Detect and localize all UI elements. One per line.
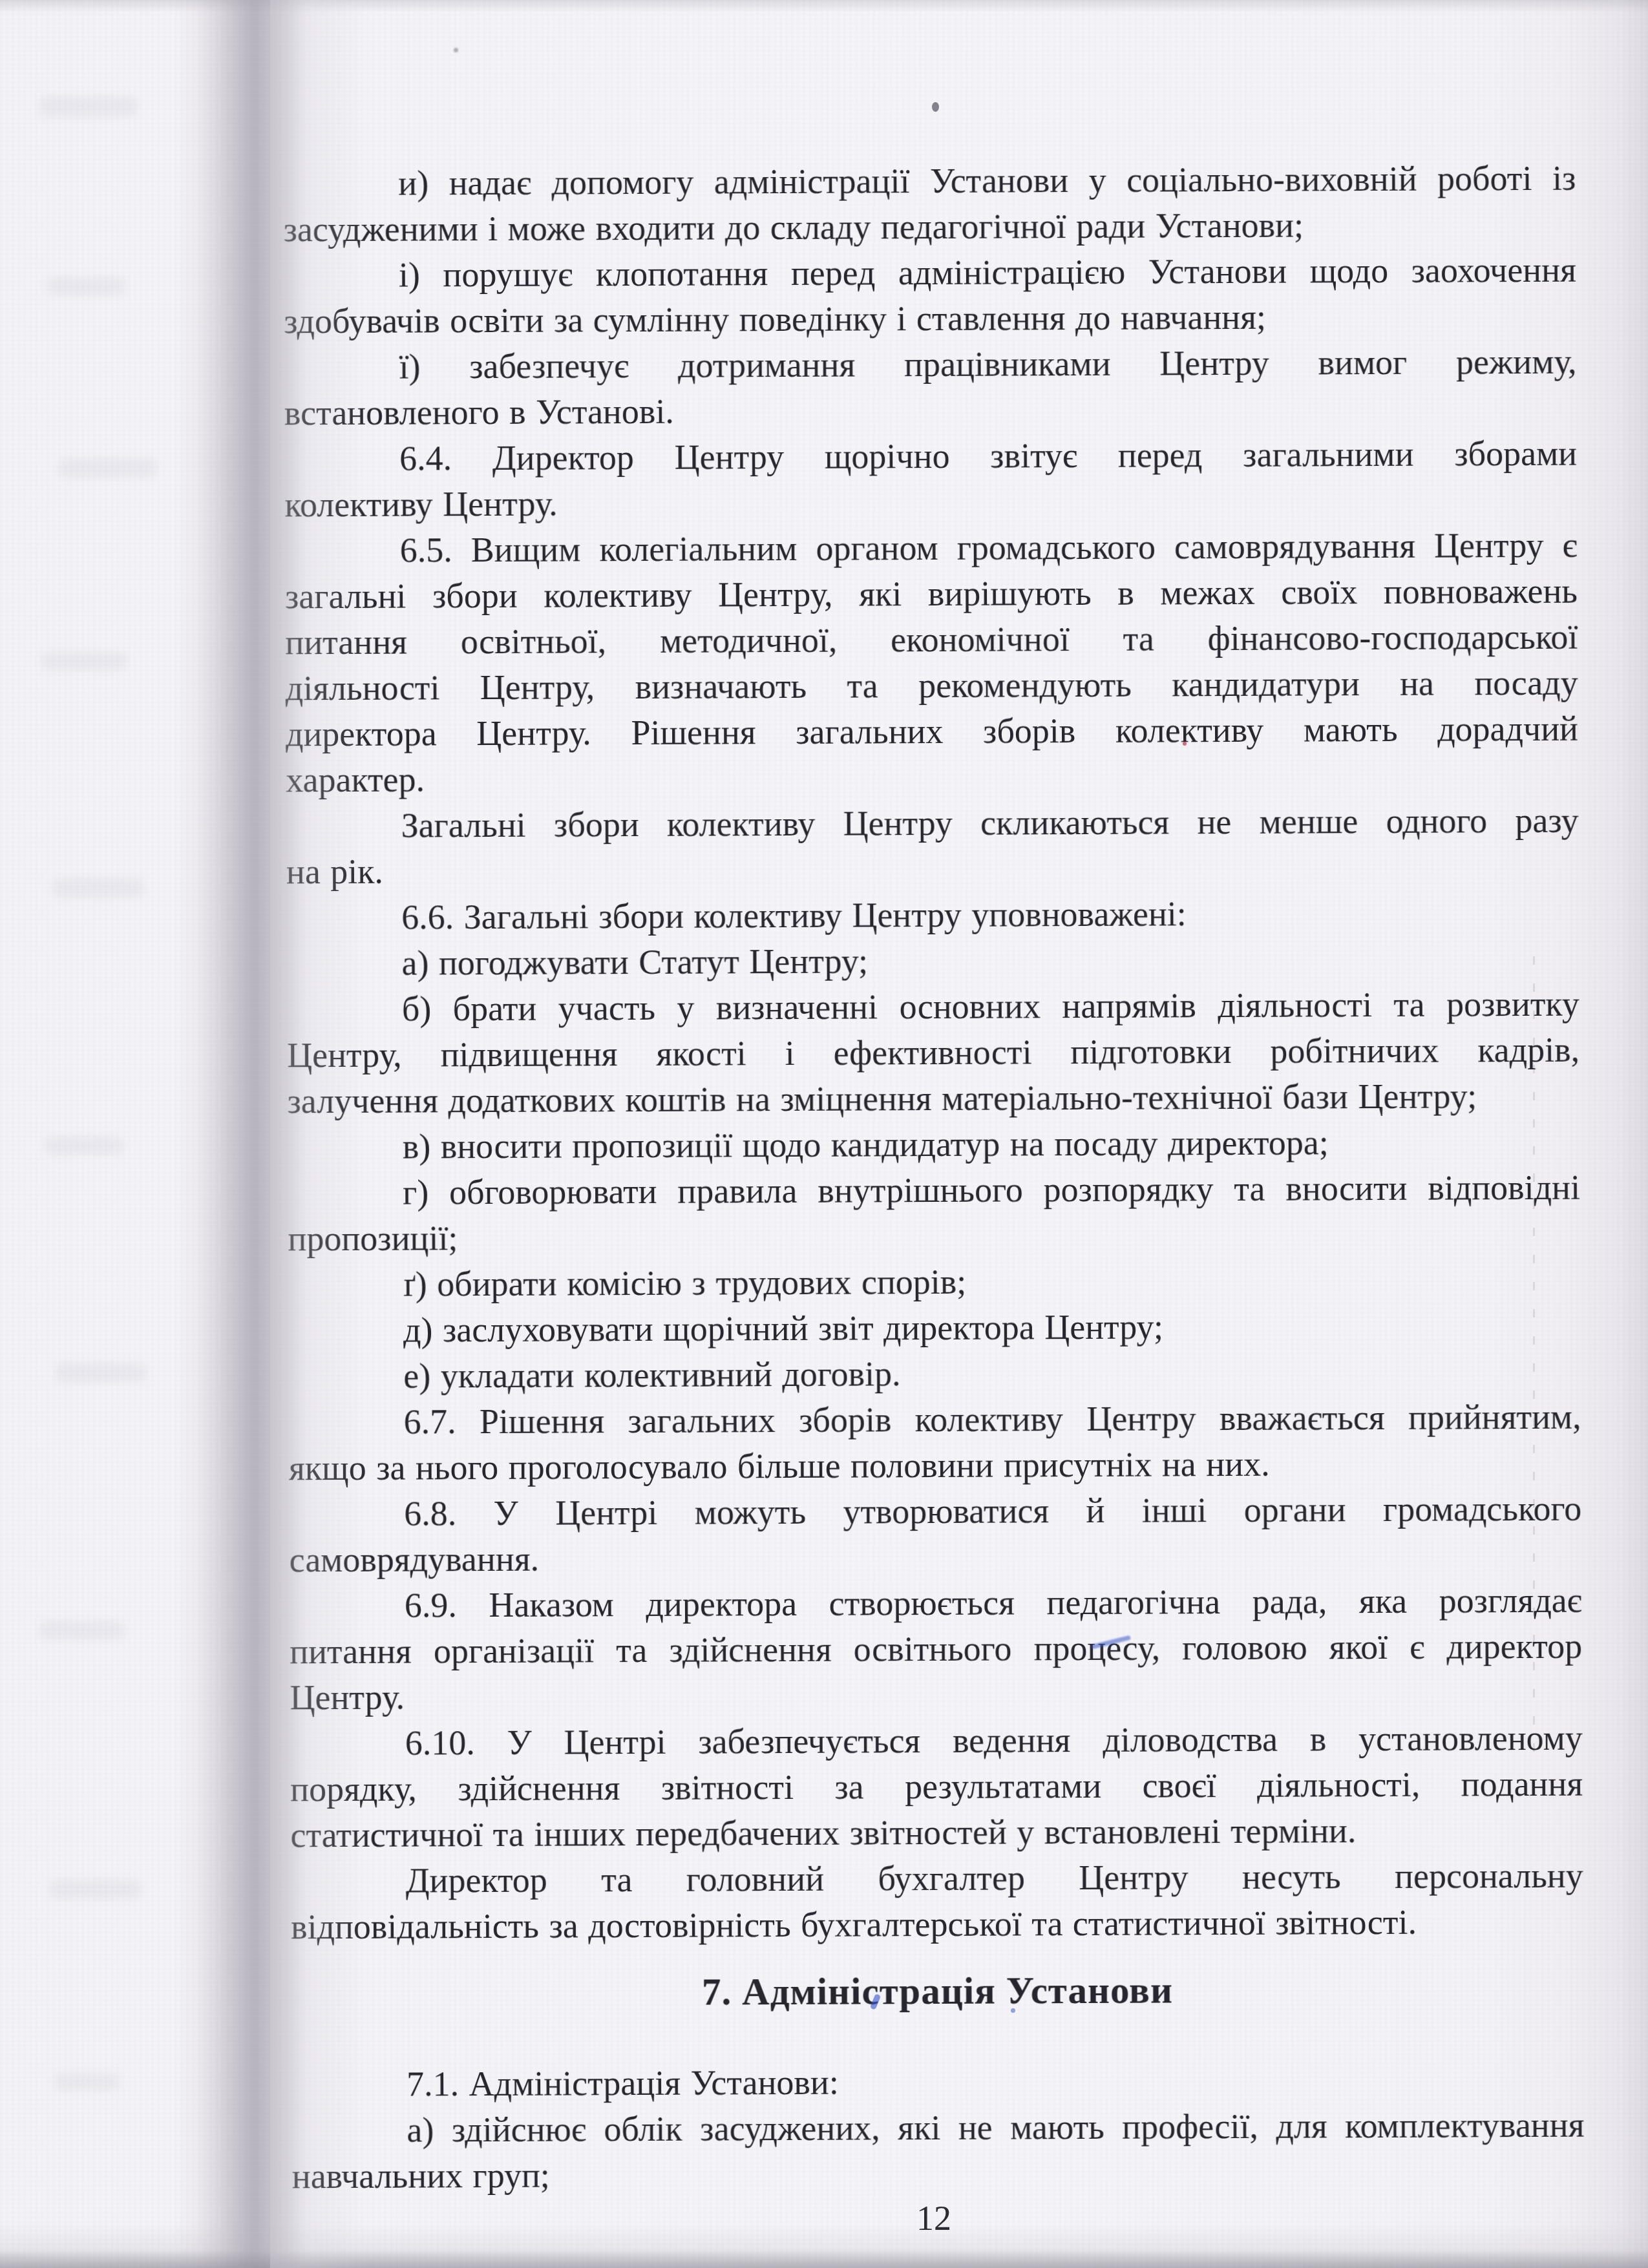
document-text: и) надає допомогу адміністрації Установи… (283, 156, 1585, 2200)
text-line: и) надає допомогу адміністрації Установи… (283, 156, 1576, 207)
text-line: відповідальність за достовірність бухгал… (291, 1899, 1583, 1951)
text-line: а) здійснює облік засуджених, які не маю… (291, 2103, 1584, 2154)
text-line: самоврядування. (289, 1532, 1581, 1584)
text-line: статистичної та інших передбачених звітн… (290, 1807, 1583, 1859)
text-line: д) заслуховувати щорічний звіт директора… (288, 1303, 1581, 1354)
text-line: характер. (286, 752, 1578, 804)
text-line: 7.1. Адміністрація Установи: (291, 2057, 1584, 2108)
text-line: 6.8. У Центрі можуть утворюватися й інші… (289, 1486, 1581, 1538)
text-line: Загальні збори колективу Центру скликают… (286, 798, 1578, 850)
scan-speck (1188, 451, 1193, 456)
text-line: Центру, підвищення якості і ефективності… (287, 1027, 1579, 1079)
text-line: засудженими і може входити до складу пед… (283, 202, 1576, 253)
section-heading: 7. Адміністрація Установи (291, 1966, 1583, 2017)
text-line: на рік. (286, 844, 1579, 896)
page-number: 12 (288, 2198, 1580, 2238)
text-line: Центру. (290, 1670, 1582, 1721)
blue-pen-mark (1011, 2008, 1015, 2013)
text-line: е) укладати колективний договір. (288, 1349, 1581, 1400)
text-line: 6.7. Рішення загальних зборів колективу … (288, 1394, 1581, 1446)
text-line: Директор та головний бухгалтер Центру не… (291, 1853, 1583, 1905)
text-line: ґ) обирати комісію з трудових спорів; (288, 1257, 1581, 1308)
text-line: навчальних груп; (292, 2148, 1585, 2200)
text-line: і) порушує клопотання перед адміністраці… (284, 247, 1576, 299)
text-line: питання організації та здійснення освітн… (290, 1624, 1582, 1675)
scan-speck (932, 102, 939, 112)
text-line: питання освітньої, методичної, економічн… (285, 614, 1578, 666)
text-line: а) погоджувати Статут Центру; (286, 936, 1579, 987)
text-line: здобувачів освіти за сумлінну поведінку … (284, 293, 1576, 345)
text-line: 6.5. Вищим колегіальним органом громадсь… (285, 523, 1578, 574)
red-ink-speck (1183, 742, 1187, 746)
text-line: 6.4. Директор Центру щорічно звітує пере… (284, 431, 1577, 483)
text-line: діяльності Центру, визначають та рекомен… (286, 660, 1578, 712)
scanned-page-background: и) надає допомогу адміністрації Установи… (0, 0, 1648, 2268)
text-line: 6.6. Загальні збори колективу Центру упо… (286, 890, 1579, 941)
text-line: встановленого в Установі. (284, 385, 1577, 437)
text-line: порядку, здійснення звітності за результ… (290, 1761, 1583, 1813)
scan-speck (454, 48, 458, 52)
text-line: залучення додаткових коштів на зміцнення… (287, 1073, 1579, 1125)
text-line: б) брати участь у визначенні основних на… (287, 982, 1579, 1033)
text-line: колективу Центру. (284, 477, 1577, 529)
text-line: загальні збори колективу Центру, які вир… (285, 569, 1578, 620)
text-line: директора Центру. Рішення загальних збор… (286, 706, 1578, 758)
text-line: 6.9. Наказом директора створюється педаг… (290, 1578, 1582, 1630)
text-line: пропозиції; (288, 1211, 1580, 1263)
text-line: якщо за нього проголосувало більше полов… (289, 1440, 1581, 1492)
text-line: г) обговорювати правила внутрішнього роз… (288, 1165, 1580, 1217)
text-line: 6.10. У Центрі забезпечується ведення ді… (290, 1716, 1583, 1767)
text-line: ї) забезпечує дотримання працівниками Це… (284, 339, 1576, 391)
text-line: в) вносити пропозиції щодо кандидатур на… (288, 1119, 1580, 1171)
